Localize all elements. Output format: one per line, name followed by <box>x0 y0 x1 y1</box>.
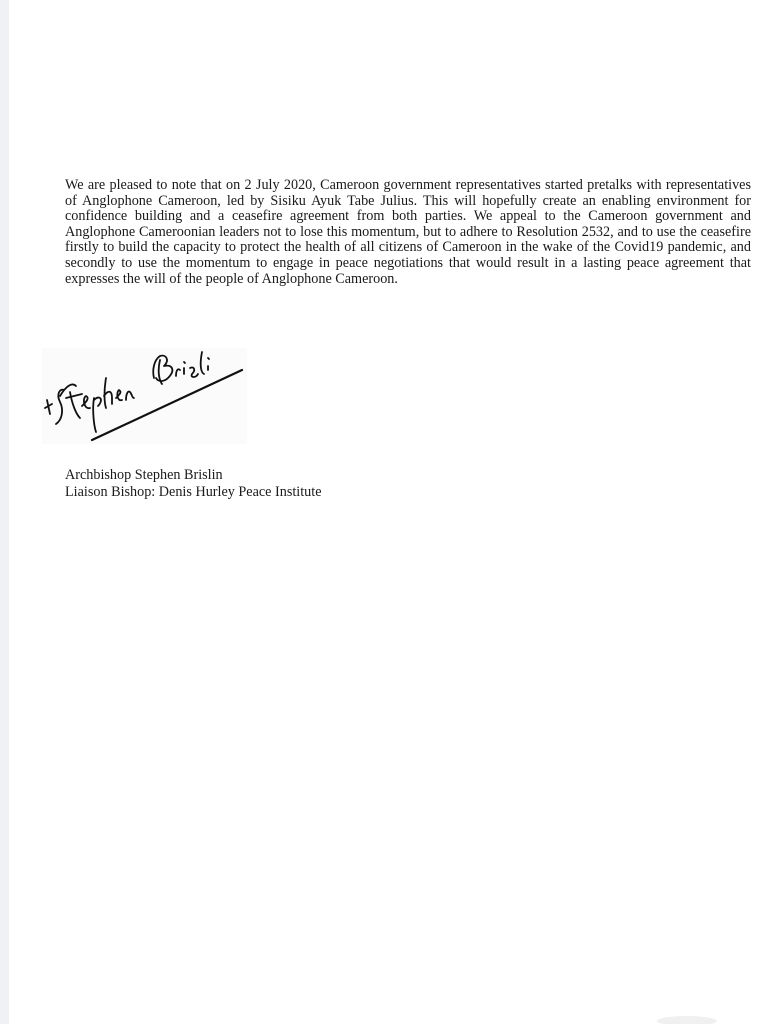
page-corner-shadow <box>657 1016 717 1024</box>
viewer-left-edge <box>0 0 9 1024</box>
body-paragraph: We are pleased to note that on 2 July 20… <box>65 178 751 287</box>
signer-name: Archbishop Stephen Brislin <box>65 467 322 484</box>
document-page: We are pleased to note that on 2 July 20… <box>9 0 778 1024</box>
handwritten-signature-icon <box>42 348 247 444</box>
signer-block: Archbishop Stephen Brislin Liaison Bisho… <box>65 467 322 501</box>
signature-image <box>42 348 247 444</box>
signer-title: Liaison Bishop: Denis Hurley Peace Insti… <box>65 484 322 501</box>
